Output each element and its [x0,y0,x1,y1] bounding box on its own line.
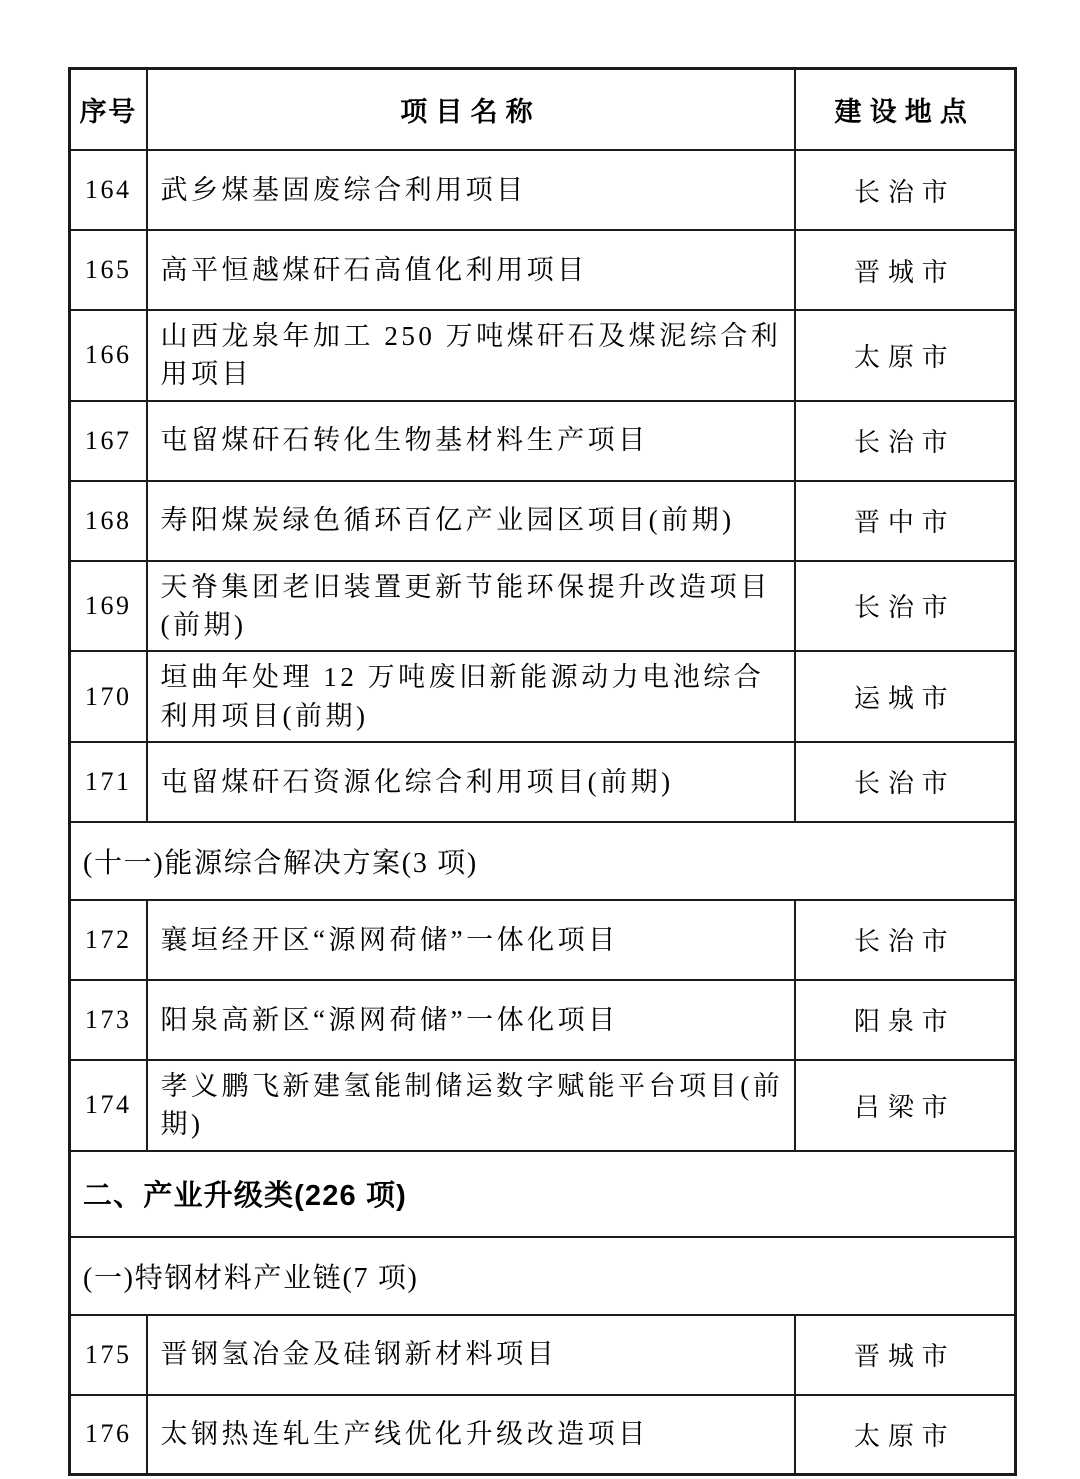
table-row: 165高平恒越煤矸石高值化利用项目晋城市 [70,230,1016,310]
cell-project-name: 寿阳煤炭绿色循环百亿产业园区项目(前期) [147,481,795,561]
cell-location: 长治市 [795,150,1016,230]
cell-project-name: 高平恒越煤矸石高值化利用项目 [147,230,795,310]
cell-project-name: 阳泉高新区“源网荷储”一体化项目 [147,980,795,1060]
cell-location: 晋中市 [795,481,1016,561]
cell-index: 176 [70,1395,147,1475]
table-header: 序号 项目名称 建设地点 [70,69,1016,151]
cell-index: 168 [70,481,147,561]
cell-location: 晋城市 [795,230,1016,310]
cell-project-name: 屯留煤矸石资源化综合利用项目(前期) [147,742,795,822]
cell-index: 172 [70,900,147,980]
section-row: (一)特钢材料产业链(7 项) [70,1237,1016,1315]
cell-project-name: 孝义鹏飞新建氢能制储运数字赋能平台项目(前期) [147,1060,795,1151]
cell-location: 长治市 [795,900,1016,980]
section-title: 二、产业升级类(226 项) [70,1151,1016,1237]
table-row: 176太钢热连轧生产线优化升级改造项目太原市 [70,1395,1016,1475]
cell-index: 169 [70,561,147,652]
cell-location: 运城市 [795,651,1016,742]
cell-index: 174 [70,1060,147,1151]
cell-location: 长治市 [795,401,1016,481]
cell-location: 吕梁市 [795,1060,1016,1151]
cell-index: 164 [70,150,147,230]
table-body: 164武乡煤基固废综合利用项目长治市165高平恒越煤矸石高值化利用项目晋城市16… [70,150,1016,1475]
cell-location: 太原市 [795,1395,1016,1475]
table-row: 169天脊集团老旧装置更新节能环保提升改造项目(前期)长治市 [70,561,1016,652]
cell-index: 165 [70,230,147,310]
table-row: 172襄垣经开区“源网荷储”一体化项目长治市 [70,900,1016,980]
section-title: (十一)能源综合解决方案(3 项) [70,822,1016,900]
table-row: 166山西龙泉年加工 250 万吨煤矸石及煤泥综合利用项目太原市 [70,310,1016,401]
section-row: (十一)能源综合解决方案(3 项) [70,822,1016,900]
table-row: 175晋钢氢冶金及硅钢新材料项目晋城市 [70,1315,1016,1395]
table-row: 170垣曲年处理 12 万吨废旧新能源动力电池综合利用项目(前期)运城市 [70,651,1016,742]
cell-project-name: 山西龙泉年加工 250 万吨煤矸石及煤泥综合利用项目 [147,310,795,401]
table-row: 171屯留煤矸石资源化综合利用项目(前期)长治市 [70,742,1016,822]
cell-index: 166 [70,310,147,401]
project-table: 序号 项目名称 建设地点 164武乡煤基固废综合利用项目长治市165高平恒越煤矸… [68,67,1017,1476]
cell-location: 晋城市 [795,1315,1016,1395]
table-row: 167屯留煤矸石转化生物基材料生产项目长治市 [70,401,1016,481]
table-row: 168寿阳煤炭绿色循环百亿产业园区项目(前期)晋中市 [70,481,1016,561]
cell-index: 171 [70,742,147,822]
section-title: (一)特钢材料产业链(7 项) [70,1237,1016,1315]
cell-location: 长治市 [795,561,1016,652]
table-row: 164武乡煤基固废综合利用项目长治市 [70,150,1016,230]
column-header-project-name: 项目名称 [147,69,795,151]
cell-index: 167 [70,401,147,481]
cell-index: 173 [70,980,147,1060]
cell-location: 阳泉市 [795,980,1016,1060]
cell-location: 长治市 [795,742,1016,822]
table-header-row: 序号 项目名称 建设地点 [70,69,1016,151]
cell-project-name: 襄垣经开区“源网荷储”一体化项目 [147,900,795,980]
cell-project-name: 武乡煤基固废综合利用项目 [147,150,795,230]
cell-index: 170 [70,651,147,742]
column-header-location: 建设地点 [795,69,1016,151]
document-page: 序号 项目名称 建设地点 164武乡煤基固废综合利用项目长治市165高平恒越煤矸… [0,0,1080,1479]
cell-project-name: 太钢热连轧生产线优化升级改造项目 [147,1395,795,1475]
cell-project-name: 屯留煤矸石转化生物基材料生产项目 [147,401,795,481]
cell-project-name: 天脊集团老旧装置更新节能环保提升改造项目(前期) [147,561,795,652]
cell-project-name: 晋钢氢冶金及硅钢新材料项目 [147,1315,795,1395]
cell-index: 175 [70,1315,147,1395]
column-header-index: 序号 [70,69,147,151]
cell-project-name: 垣曲年处理 12 万吨废旧新能源动力电池综合利用项目(前期) [147,651,795,742]
cell-location: 太原市 [795,310,1016,401]
table-row: 174孝义鹏飞新建氢能制储运数字赋能平台项目(前期)吕梁市 [70,1060,1016,1151]
section-row: 二、产业升级类(226 项) [70,1151,1016,1237]
table-row: 173阳泉高新区“源网荷储”一体化项目阳泉市 [70,980,1016,1060]
